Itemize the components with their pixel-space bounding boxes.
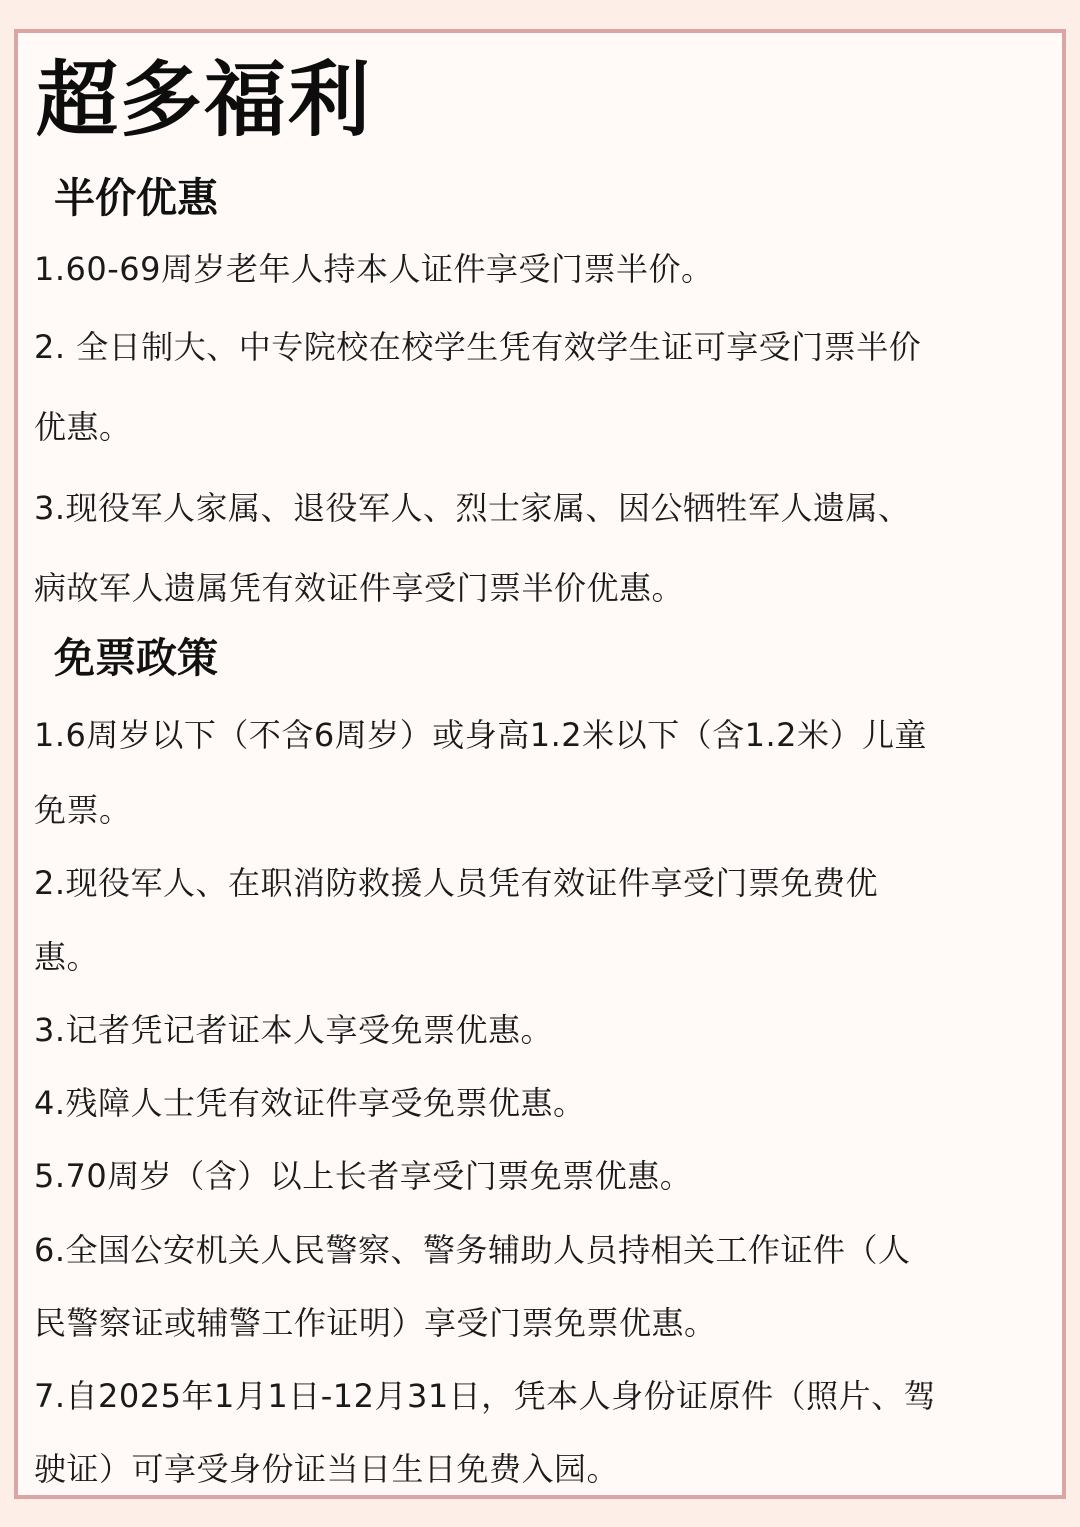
page-title: 超多福利 — [36, 51, 372, 151]
free-item-6: 6.全国公安机关人民警察、警务辅助人员持相关工作证件（人 — [34, 1228, 911, 1272]
free-item-6-cont: 民警察证或辅警工作证明）享受门票免票优惠。 — [34, 1301, 717, 1345]
free-item-3: 3.记者凭记者证本人享受免票优惠。 — [34, 1008, 553, 1052]
free-item-7: 7.自2025年1月1日-12月31日，凭本人身份证原件（照片、驾 — [34, 1374, 936, 1418]
half-price-item-3: 3.现役军人家属、退役军人、烈士家属、因公牺牲军人遗属、 — [34, 486, 911, 530]
section-heading-free-ticket: 免票政策 — [54, 633, 218, 683]
free-item-2-cont: 惠。 — [34, 935, 99, 979]
half-price-item-1: 1.60-69周岁老年人持本人证件享受门票半价。 — [34, 247, 714, 291]
content-frame: 超多福利 半价优惠 1.60-69周岁老年人持本人证件享受门票半价。 2. 全日… — [14, 29, 1066, 1499]
half-price-item-3-cont: 病故军人遗属凭有效证件享受门票半价优惠。 — [34, 566, 684, 610]
free-item-7-cont: 驶证）可享受身份证当日生日免费入园。 — [34, 1447, 619, 1491]
free-item-5: 5.70周岁（含）以上长者享受门票免票优惠。 — [34, 1154, 692, 1198]
free-item-4: 4.残障人士凭有效证件享受免票优惠。 — [34, 1081, 586, 1125]
free-item-1: 1.6周岁以下（不含6周岁）或身高1.2米以下（含1.2米）儿童 — [34, 713, 927, 757]
free-item-1-cont: 免票。 — [34, 788, 132, 832]
section-heading-half-price: 半价优惠 — [54, 173, 218, 223]
free-item-2: 2.现役军人、在职消防救援人员凭有效证件享受门票免费优 — [34, 861, 878, 905]
half-price-item-2-cont: 优惠。 — [34, 405, 132, 449]
half-price-item-2: 2. 全日制大、中专院校在校学生凭有效学生证可享受门票半价 — [34, 325, 921, 369]
